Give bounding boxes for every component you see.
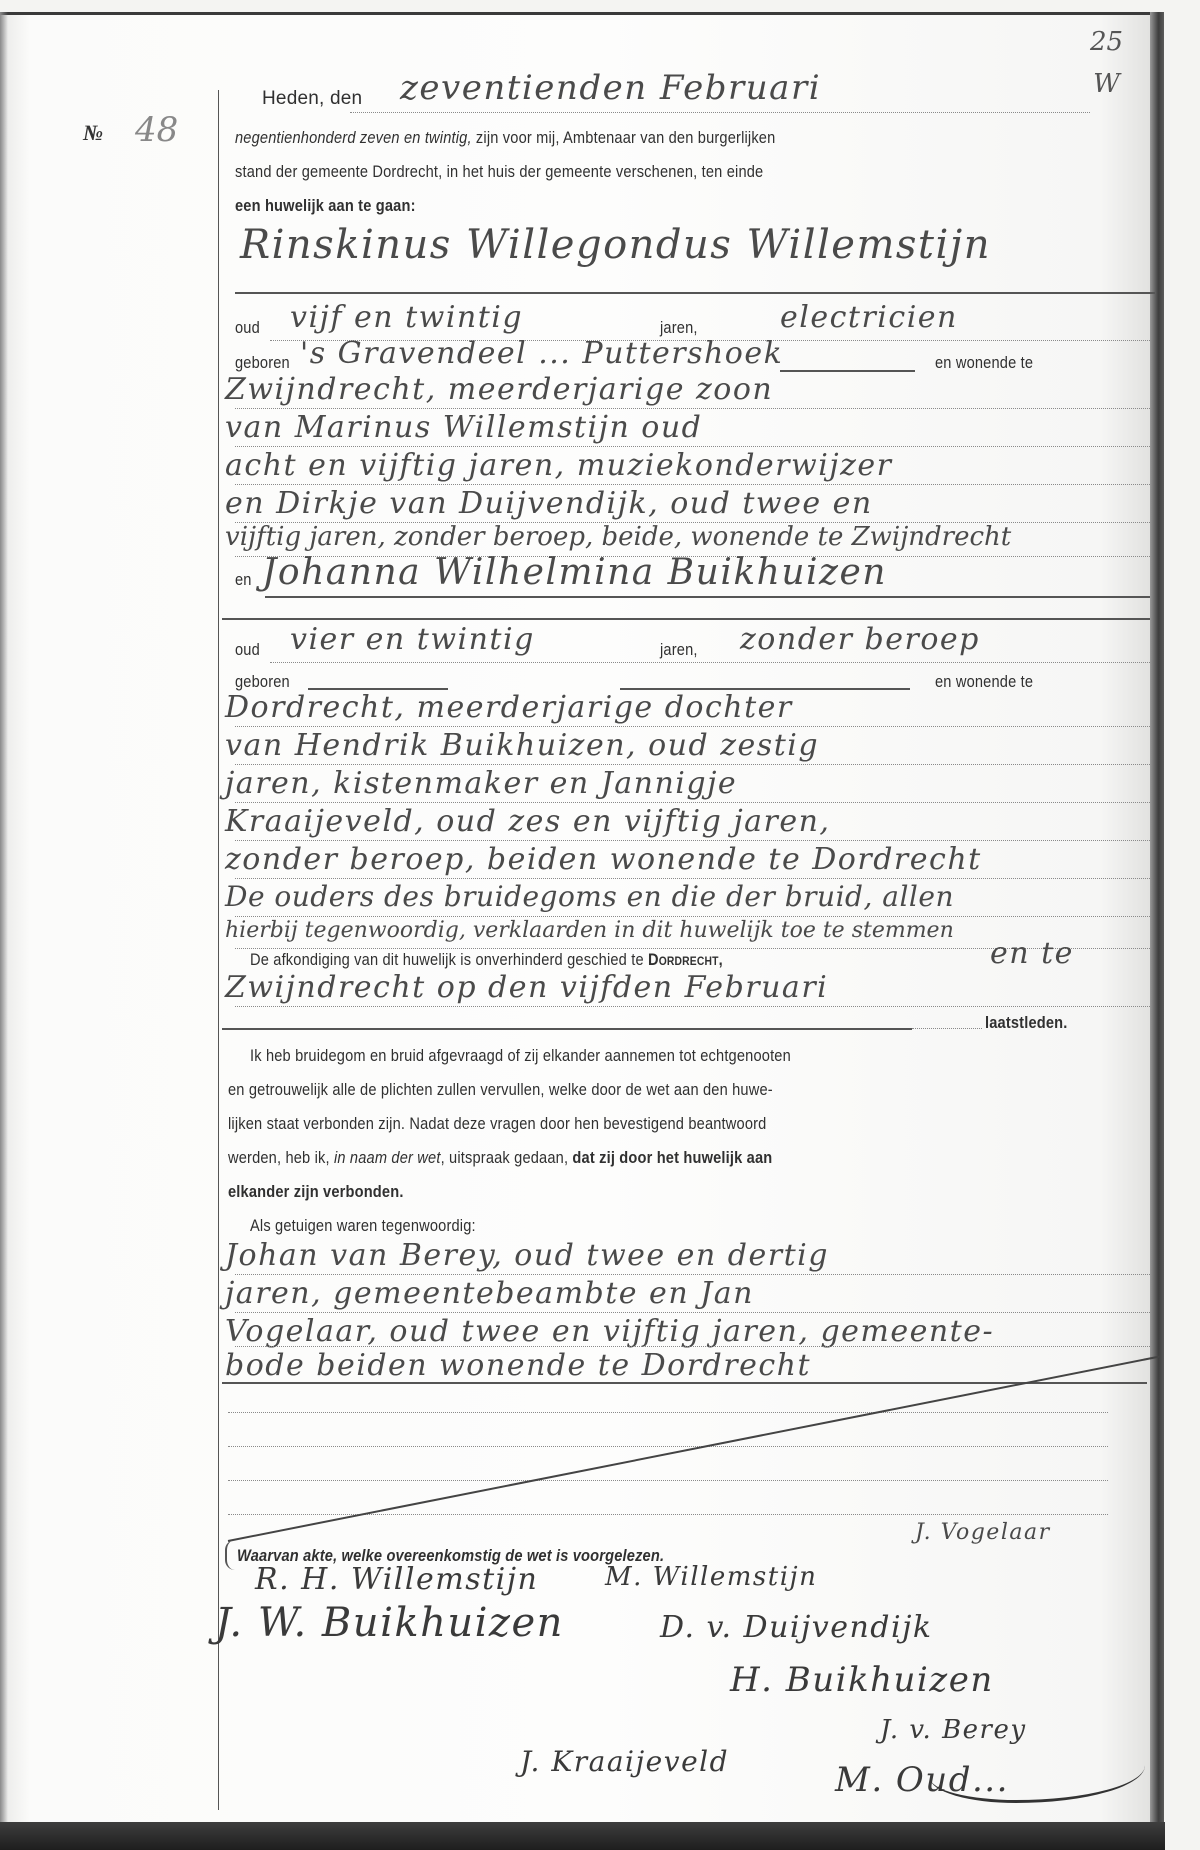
dotline bbox=[235, 802, 1150, 803]
bride-detail-7: hierbij tegenwoordig, verklaarden in dit… bbox=[225, 918, 954, 943]
groom-jaren-label: jaren, bbox=[660, 318, 698, 338]
groom-wonende-label: en wonende te bbox=[935, 353, 1033, 373]
heden-den: Heden, den bbox=[262, 88, 362, 110]
dotline bbox=[235, 408, 1150, 409]
groom-age: vijf en twintig bbox=[290, 300, 523, 335]
signature-bride-mother: J. Kraaijeveld bbox=[520, 1745, 729, 1778]
dotline bbox=[235, 1312, 1150, 1313]
folio-letter: W bbox=[1090, 64, 1123, 106]
publication-hand-1: en te bbox=[990, 936, 1074, 971]
dotline bbox=[235, 916, 1150, 917]
dotline bbox=[235, 840, 1150, 841]
groom-detail-4: en Dirkje van Duijvendijk, oud twee en bbox=[225, 486, 873, 521]
bride-detail-1: Dordrecht, meerderjarige dochter bbox=[225, 690, 793, 725]
groom-detail-5: vijftig jaren, zonder beroep, beide, won… bbox=[225, 522, 1011, 552]
folio-number: 25 bbox=[1090, 22, 1123, 64]
bride-detail-4: Kraaijeveld, oud zes en vijftig jaren, bbox=[225, 804, 830, 839]
dotline bbox=[235, 764, 1150, 765]
scan-edge-bottom bbox=[0, 1822, 1165, 1850]
signature-groom-father: M. Willemstijn bbox=[605, 1562, 817, 1592]
declaration-line-1: Ik heb bruidegom en bruid afgevraagd of … bbox=[250, 1046, 791, 1066]
groom-oud-label: oud bbox=[235, 318, 260, 338]
bride-wonende-label: en wonende te bbox=[935, 672, 1033, 692]
witness-line-2: jaren, gemeentebeambte en Jan bbox=[225, 1276, 754, 1311]
witness-line-1: Johan van Berey, oud twee en dertig bbox=[225, 1238, 829, 1273]
margin-rule bbox=[218, 90, 219, 1810]
witness-line-4: bode beiden wonende te Dordrecht bbox=[225, 1348, 811, 1383]
bride-oud-label: oud bbox=[235, 640, 260, 660]
groom-birthplace: 's Gravendeel ... Puttershoek bbox=[300, 336, 783, 371]
signature-vogelaar: J. Vogelaar bbox=[915, 1520, 1051, 1545]
declaration-line-5: elkander zijn verbonden. bbox=[228, 1182, 404, 1202]
publication-rule bbox=[222, 1028, 912, 1030]
bride-jaren-label: jaren, bbox=[660, 640, 698, 660]
bride-detail-6: De ouders des bruidegoms en die der brui… bbox=[225, 880, 954, 913]
signature-groom: R. H. Willemstijn bbox=[255, 1562, 538, 1597]
bride-name-rule-2 bbox=[222, 618, 1150, 620]
witnesses-label: Als getuigen waren tegenwoordig: bbox=[250, 1216, 476, 1236]
dotline bbox=[228, 1480, 1108, 1481]
bride-name: Johanna Wilhelmina Buikhuizen bbox=[262, 552, 887, 593]
bride-occupation: zonder beroep bbox=[740, 622, 980, 657]
dotline bbox=[228, 1446, 1108, 1447]
dotline bbox=[912, 1028, 982, 1029]
bride-geboren-label: geboren bbox=[235, 672, 290, 692]
intro-line-4: een huwelijk aan te gaan: bbox=[235, 196, 416, 216]
dotline bbox=[235, 1274, 1150, 1275]
year-words: negentienhonderd zeven en twintig, bbox=[235, 128, 472, 147]
record-number: 48 bbox=[135, 110, 178, 150]
intro-line-2-rest: zijn voor mij, Ambtenaar van den burgerl… bbox=[472, 128, 776, 147]
witness-rule bbox=[222, 1382, 1147, 1384]
dotline bbox=[235, 878, 1150, 879]
folio-mark: 25 W bbox=[1090, 22, 1123, 105]
dotline bbox=[235, 1346, 1150, 1347]
dotline bbox=[235, 446, 1150, 447]
bride-en-label: en bbox=[235, 570, 252, 590]
declaration-line-2: en getrouwelijk alle de plichten zullen … bbox=[228, 1080, 773, 1100]
dotline bbox=[270, 662, 1150, 663]
publication-text-main: De afkondiging van dit huwelijk is onver… bbox=[250, 950, 644, 969]
signature-groom-mother: D. v. Duijvendijk bbox=[660, 1610, 933, 1645]
bride-name-rule bbox=[265, 596, 1150, 598]
scan-edge-left bbox=[0, 12, 8, 1827]
declaration-line-4: werden, heb ik, in naam der wet, uitspra… bbox=[228, 1148, 772, 1168]
groom-detail-1: Zwijndrecht, meerderjarige zoon bbox=[225, 372, 773, 407]
declaration-line-4-pre: werden, heb ik, bbox=[228, 1148, 334, 1167]
groom-geboren-label: geboren bbox=[235, 353, 290, 373]
declaration-italic: in naam der wet bbox=[334, 1148, 441, 1167]
date-line bbox=[350, 112, 1090, 113]
dotline bbox=[235, 1006, 1150, 1007]
groom-name-rule bbox=[235, 292, 1155, 294]
bride-detail-5: zonder beroep, beiden wonende te Dordrec… bbox=[225, 842, 982, 877]
witness-line-3: Vogelaar, oud twee en vijftig jaren, gem… bbox=[225, 1314, 994, 1349]
groom-detail-3: acht en vijftig jaren, muziekonderwijzer bbox=[225, 448, 893, 483]
publication-hand-2: Zwijndrecht op den vijfden Februari bbox=[225, 970, 828, 1005]
publication-place: Dordrecht, bbox=[648, 950, 723, 969]
signature-bride-father: H. Buikhuizen bbox=[730, 1660, 994, 1700]
dotline bbox=[228, 1412, 1108, 1413]
intro-line-3: stand der gemeente Dordrecht, in het hui… bbox=[235, 162, 763, 182]
scan-edge-right bbox=[1150, 12, 1164, 1832]
intro-line-2: negentienhonderd zeven en twintig, zijn … bbox=[235, 128, 775, 148]
dotline bbox=[235, 484, 1150, 485]
signature-bride: J. W. Buikhuizen bbox=[215, 1600, 564, 1646]
declaration-line-3: lijken staat verbonden zijn. Nadat deze … bbox=[228, 1114, 766, 1134]
groom-occupation: electricien bbox=[780, 300, 958, 335]
birthplace-rule bbox=[780, 370, 915, 372]
date-hand: zeventienden Februari bbox=[400, 68, 821, 108]
record-number-label: № bbox=[83, 120, 103, 146]
bride-detail-2: van Hendrik Buikhuizen, oud zestig bbox=[225, 728, 819, 763]
bride-age: vier en twintig bbox=[290, 622, 535, 657]
groom-name: Rinskinus Willegondus Willemstijn bbox=[240, 222, 991, 268]
laatstleden: laatstleden. bbox=[985, 1013, 1068, 1033]
dotline bbox=[235, 726, 1150, 727]
declaration-line-4-mid: , uitspraak gedaan, bbox=[441, 1148, 573, 1167]
bride-detail-3: jaren, kistenmaker en Jannigje bbox=[225, 766, 737, 801]
publication-text: De afkondiging van dit huwelijk is onver… bbox=[250, 950, 723, 970]
declaration-bold: dat zij door het huwelijk aan bbox=[572, 1148, 772, 1167]
groom-detail-2: van Marinus Willemstijn oud bbox=[225, 410, 702, 445]
